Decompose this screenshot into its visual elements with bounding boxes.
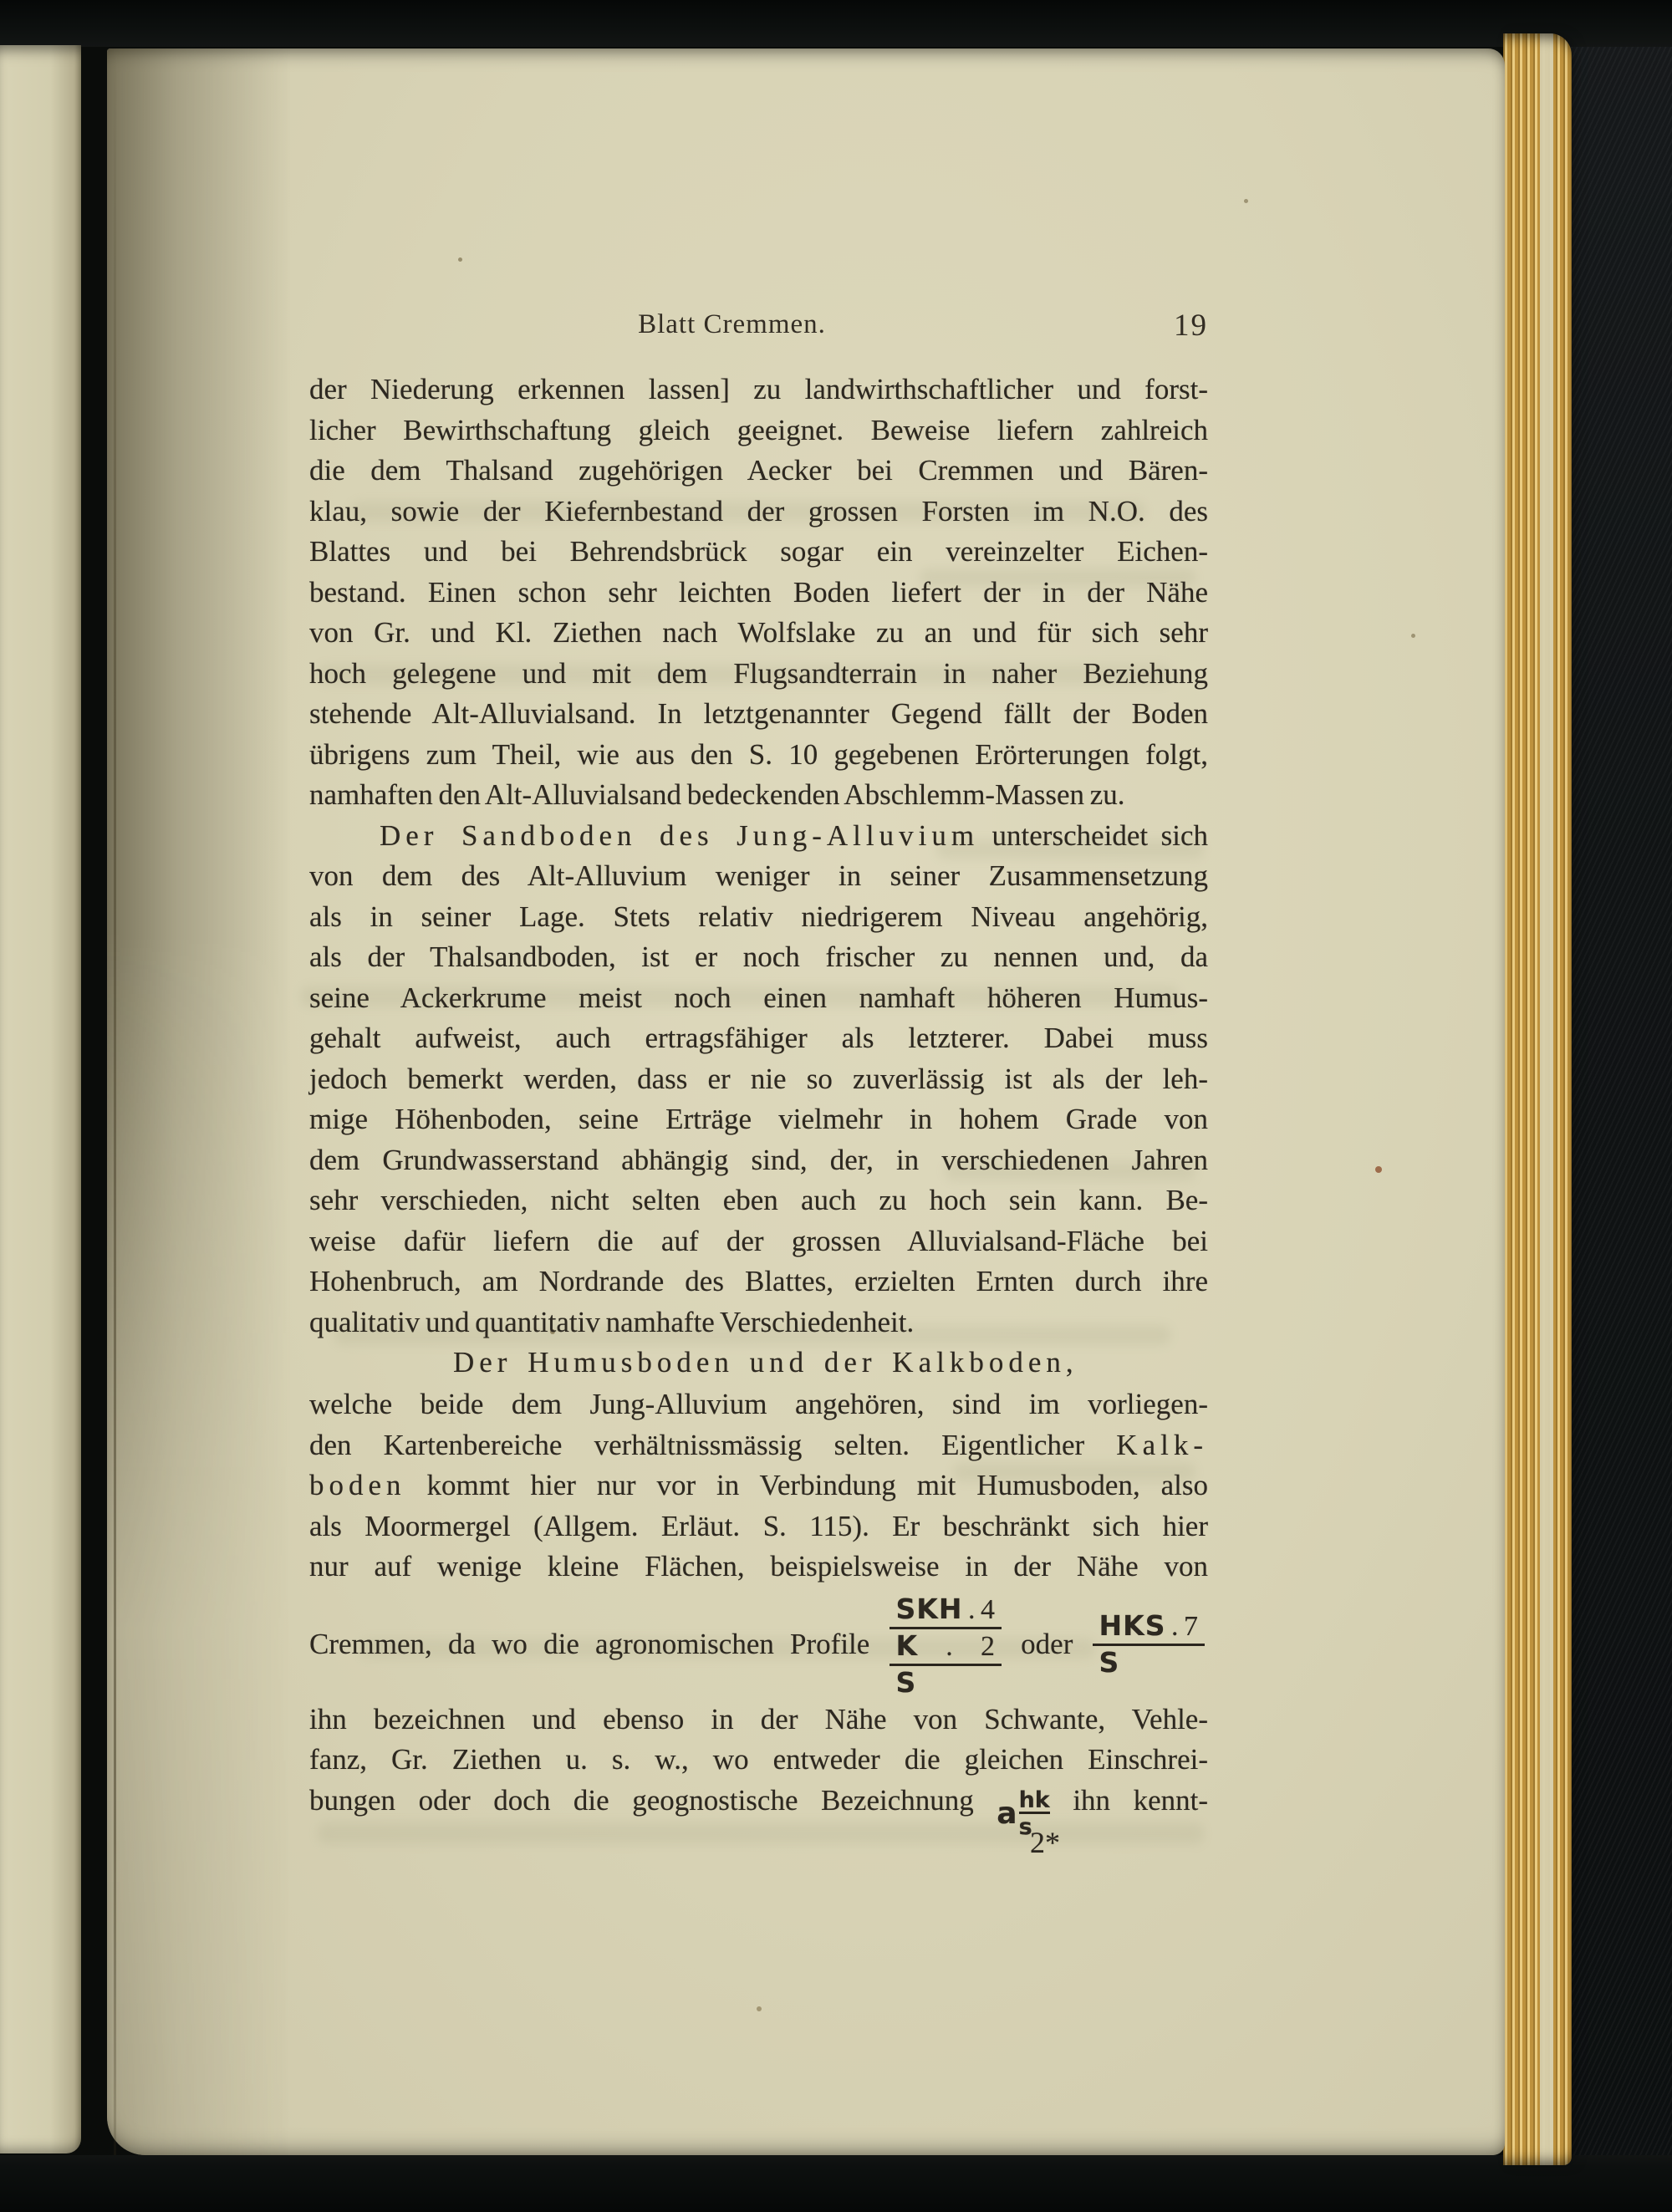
soil-profile-fraction-f1: SKH . 4K . 2S [886, 1593, 1005, 1700]
text-line: seine Ackerkrume meist noch einen namhaf… [309, 978, 1208, 1019]
text-line: der Niederung erkennen lassen] zu landwi… [309, 370, 1208, 410]
text-segment: fanz, Gr. Ziethen u. s. w., wo entweder … [309, 1743, 1208, 1776]
text-segment: als Moormergel (Allgem. Erläut. S. 115).… [309, 1510, 1208, 1542]
text-line: den Kartenbereiche verhältnissmässig sel… [309, 1425, 1208, 1466]
running-title: Blatt Cremmen. [283, 309, 1181, 340]
fraction-row: S [1093, 1644, 1205, 1679]
text-segment: kommt hier nur vor in Verbindung mit Hum… [426, 1469, 1208, 1501]
fraction-symbol: K [896, 1629, 919, 1662]
text-segment: von Gr. und Kl. Ziethen nach Wolfslake z… [309, 616, 1208, 649]
text-segment: sehr verschieden, nicht selten eben auch… [309, 1184, 1208, 1216]
letterspaced-text: boden [309, 1469, 406, 1501]
fraction-number: . 2 [918, 1631, 995, 1662]
text-segment: nur auf wenige kleine Flächen, beispiels… [309, 1550, 1208, 1583]
text-line: bestand. Einen schon sehr leichten Boden… [309, 573, 1208, 614]
text-line: als in seiner Lage. Stets relativ niedri… [309, 897, 1208, 938]
running-header: Blatt Cremmen. 19 [309, 309, 1208, 351]
page-number: 19 [1174, 308, 1208, 344]
soil-numerator: hk [1019, 1789, 1050, 1812]
text-line: Der Sandboden des Jung-Alluvium untersch… [309, 816, 1208, 857]
text-line: fanz, Gr. Ziethen u. s. w., wo entweder … [309, 1740, 1208, 1781]
fraction-row: K . 2 [890, 1627, 1002, 1664]
text-segment: oder [1021, 1628, 1073, 1660]
foxing-speck [1411, 634, 1415, 638]
text-segment: ihn kennt- [1073, 1784, 1208, 1817]
text-line: qualitativ und quantitativ namhafte Vers… [309, 1302, 1208, 1343]
text-segment: licher Bewirthschaftung gleich geeignet.… [309, 414, 1208, 446]
fraction-symbol: S [1099, 1646, 1120, 1679]
gilt-fore-edge-pages [1503, 33, 1572, 2165]
text-line: als der Thalsandboden, ist er noch frisc… [309, 937, 1208, 978]
book-photograph: { "book": { "header": { "running_title":… [0, 0, 1672, 2212]
text-segment: bungen oder doch die geognostische Bezei… [309, 1784, 974, 1817]
text-segment: hoch gelegene und mit dem Flugsandterrai… [309, 657, 1208, 690]
text-segment: welche beide dem Jung-Alluvium angehören… [309, 1388, 1208, 1420]
text-segment: übrigens zum Theil, wie aus den S. 10 ge… [309, 738, 1208, 771]
text-segment: der Niederung erkennen lassen] zu landwi… [309, 373, 1208, 405]
text-line: Blattes und bei Behrendsbrück sogar ein … [309, 532, 1208, 573]
soil-symbol-base: a [997, 1799, 1017, 1829]
text-line: von Gr. und Kl. Ziethen nach Wolfslake z… [309, 613, 1208, 654]
text-segment: als der Thalsandboden, ist er noch frisc… [309, 940, 1208, 973]
text-segment: unterscheidet sich [992, 819, 1208, 852]
text-line: namhaften den Alt-Alluvialsand bedeckend… [309, 775, 1208, 816]
signature-mark: 2* [309, 1822, 1208, 1864]
foxing-speck [1244, 199, 1248, 203]
text-segment: Blattes und bei Behrendsbrück sogar ein … [309, 535, 1208, 568]
text-line: licher Bewirthschaftung gleich geeignet.… [309, 410, 1208, 451]
text-segment: seine Ackerkrume meist noch einen namhaf… [309, 981, 1208, 1014]
text-segment: von dem des Alt-Alluvium weniger in sein… [309, 859, 1208, 892]
text-segment: klau, sowie der Kiefernbestand der gross… [309, 495, 1208, 528]
fraction-row: HKS . 7 [1093, 1609, 1205, 1644]
book-cover-right [1565, 0, 1672, 2212]
text-segment: dem Grundwasserstand abhängig sind, der,… [309, 1144, 1208, 1176]
letterspaced-text: Der Sandboden des Jung-Alluvium [380, 819, 979, 852]
facing-page-edge [0, 45, 81, 2153]
text-line: die dem Thalsand zugehörigen Aecker bei … [309, 451, 1208, 492]
book-page: Blatt Cremmen. 19 der Niederung erkennen… [107, 48, 1505, 2155]
text-line: gehalt aufweist, auch ertragsfähiger als… [309, 1018, 1208, 1059]
foxing-speck [757, 2006, 762, 2011]
body-text: der Niederung erkennen lassen] zu landwi… [309, 370, 1208, 1864]
text-line: sehr verschieden, nicht selten eben auch… [309, 1180, 1208, 1221]
text-line: weise dafür liefern die auf der grossen … [309, 1221, 1208, 1262]
book-cover-top [0, 0, 1672, 47]
book-cover-bottom [0, 2155, 1672, 2212]
text-segment: jedoch bemerkt werden, dass er nie so zu… [309, 1063, 1208, 1095]
text-line: bungen oder doch die geognostische Bezei… [309, 1781, 1208, 1822]
gutter-shadow [107, 48, 291, 2155]
text-segment: namhaften den Alt-Alluvialsand bedeckend… [309, 778, 1125, 811]
text-line: stehende Alt-Alluvialsand. In letztgenan… [309, 694, 1208, 735]
fraction-symbol: SKH [896, 1593, 963, 1625]
text-line: mige Höhenboden, seine Erträge vielmehr … [309, 1099, 1208, 1140]
text-segment: mige Höhenboden, seine Erträge vielmehr … [309, 1103, 1208, 1135]
text-lines: der Niederung erkennen lassen] zu landwi… [309, 370, 1208, 1821]
text-segment: gehalt aufweist, auch ertragsfähiger als… [309, 1022, 1208, 1054]
text-line: dem Grundwasserstand abhängig sind, der,… [309, 1140, 1208, 1181]
text-line: von dem des Alt-Alluvium weniger in sein… [309, 856, 1208, 897]
text-segment: als in seiner Lage. Stets relativ niedri… [309, 900, 1208, 933]
text-line: boden kommt hier nur vor in Verbindung m… [309, 1465, 1208, 1506]
fraction-row: S [890, 1664, 1002, 1700]
foxing-speck [458, 257, 462, 262]
text-segment: weise dafür liefern die auf der grossen … [309, 1225, 1208, 1257]
text-segment: bestand. Einen schon sehr leichten Boden… [309, 576, 1208, 609]
text-line: Hohenbruch, am Nordrande des Blattes, er… [309, 1261, 1208, 1302]
soil-profile-fraction-f2: HKS . 7S [1089, 1609, 1208, 1679]
letterspaced-text: Der Humusboden und der Kalkboden, [453, 1346, 1078, 1379]
fraction-number: . 7 [1166, 1611, 1199, 1642]
fraction-row: SKH . 4 [890, 1593, 1002, 1627]
text-segment: die dem Thalsand zugehörigen Aecker bei … [309, 454, 1208, 487]
fraction-symbol: S [896, 1666, 917, 1699]
text-line: welche beide dem Jung-Alluvium angehören… [309, 1384, 1208, 1425]
text-line: Cremmen, da wo die agronomischen Profile… [309, 1593, 1208, 1700]
text-segment: qualitativ und quantitativ namhafte Vers… [309, 1306, 914, 1338]
text-segment: den Kartenbereiche verhältnissmässig sel… [309, 1429, 1084, 1461]
text-segment: ihn bezeichnen und ebenso in der Nähe vo… [309, 1703, 1208, 1735]
text-line: als Moormergel (Allgem. Erläut. S. 115).… [309, 1506, 1208, 1547]
foxing-speck [1375, 1166, 1382, 1173]
text-segment: stehende Alt-Alluvialsand. In letztgenan… [309, 697, 1208, 730]
text-segment: Hohenbruch, am Nordrande des Blattes, er… [309, 1265, 1208, 1297]
text-line: jedoch bemerkt werden, dass er nie so zu… [309, 1059, 1208, 1100]
letterspaced-text: Kalk- [1116, 1429, 1208, 1461]
text-line: Der Humusboden und der Kalkboden, [309, 1343, 1208, 1384]
text-segment: Cremmen, da wo die agronomischen Profile [309, 1628, 869, 1660]
text-line: ihn bezeichnen und ebenso in der Nähe vo… [309, 1700, 1208, 1741]
gutter-fold-line [114, 48, 116, 2155]
text-line: klau, sowie der Kiefernbestand der gross… [309, 492, 1208, 533]
fraction-number: . 4 [962, 1594, 995, 1625]
text-line: hoch gelegene und mit dem Flugsandterrai… [309, 654, 1208, 695]
text-line: nur auf wenige kleine Flächen, beispiels… [309, 1547, 1208, 1588]
text-line: übrigens zum Theil, wie aus den S. 10 ge… [309, 735, 1208, 776]
fraction-symbol: HKS [1099, 1609, 1166, 1642]
